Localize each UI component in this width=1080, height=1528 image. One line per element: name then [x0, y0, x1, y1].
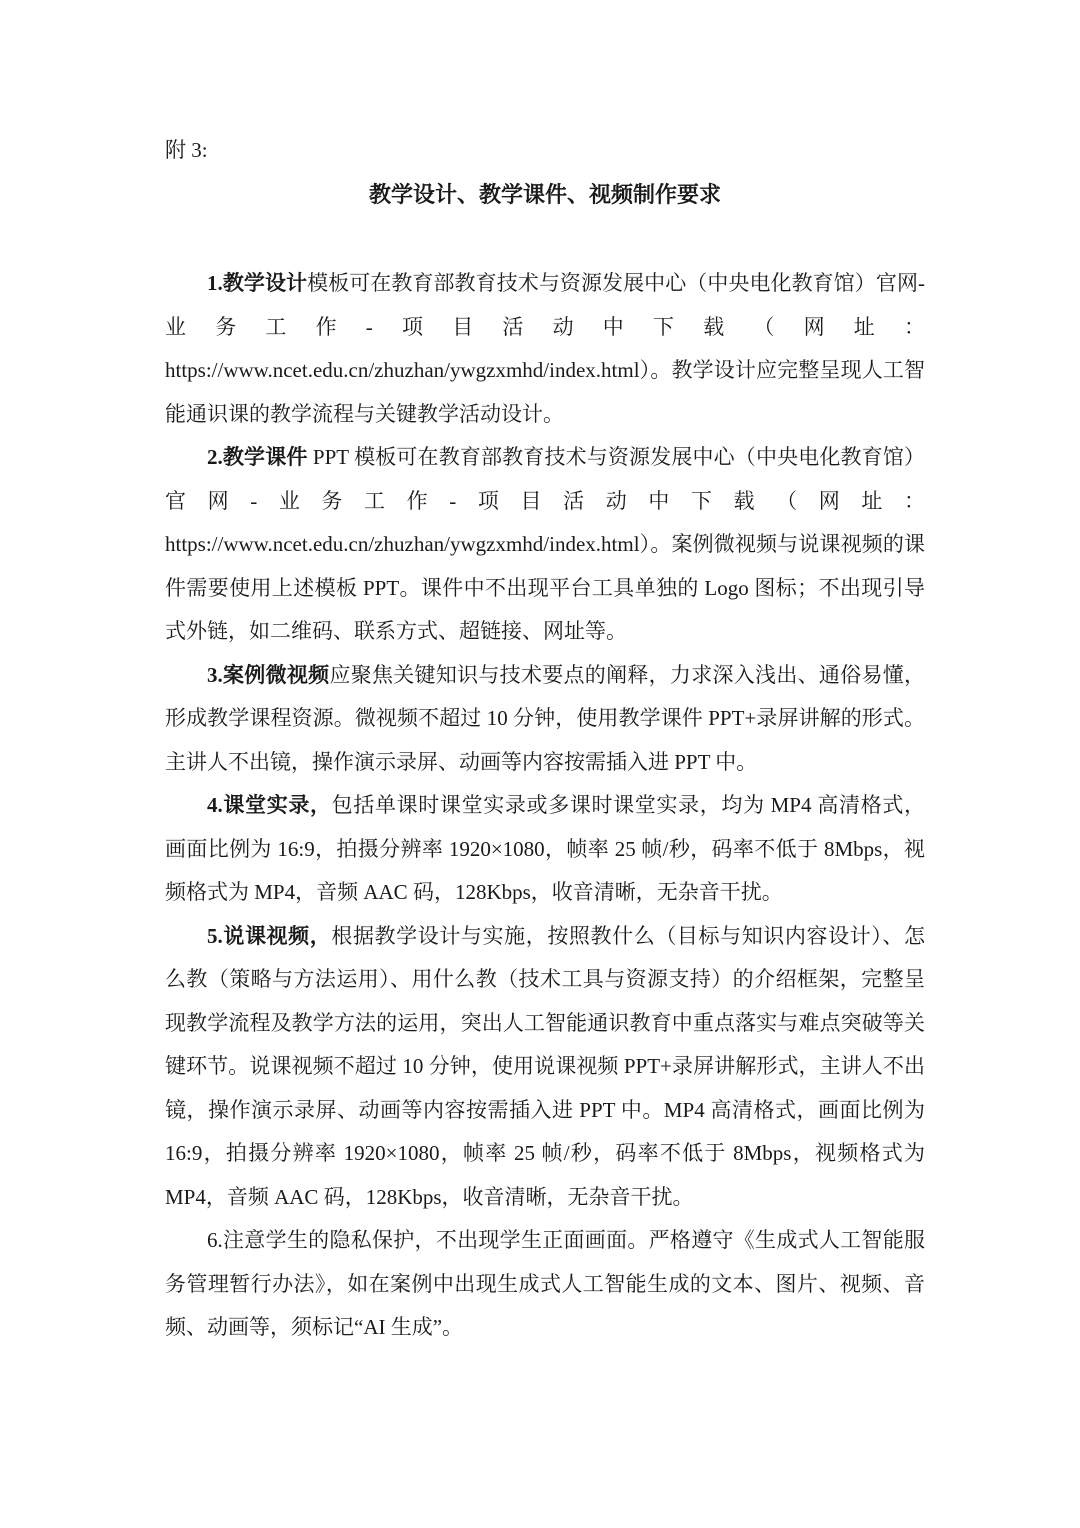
paragraph-text: 6.注意学生的隐私保护，不出现学生正面画面。严格遵守《生成式人工智能服务管理暂行… [165, 1228, 925, 1339]
paragraph-courseware-ppt: 2.教学课件 PPT 模板可在教育部教育技术与资源发展中心（中央电化教育馆）官网… [165, 436, 925, 654]
paragraph-teaching-design: 1.教学设计模板可在教育部教育技术与资源发展中心（中央电化教育馆）官网-业务工作… [165, 262, 925, 436]
document-page: 附 3: 教学设计、教学课件、视频制作要求 1.教学设计模板可在教育部教育技术与… [0, 0, 1080, 1528]
paragraph-lead: 4.课堂实录， [207, 793, 332, 817]
paragraph-classroom-recording: 4.课堂实录，包括单课时课堂实录或多课时课堂实录，均为 MP4 高清格式，画面比… [165, 784, 925, 915]
page-title: 教学设计、教学课件、视频制作要求 [165, 173, 925, 217]
attachment-label: 附 3: [165, 129, 925, 173]
paragraph-lead: 3.案例微视频 [207, 663, 329, 687]
paragraph-text: PPT 模板可在教育部教育技术与资源发展中心（中央电化教育馆）官网-业务工作-项… [165, 445, 925, 643]
paragraph-lead: 1.教学设计 [207, 271, 307, 295]
paragraph-lecture-video: 5.说课视频，根据教学设计与实施，按照教什么（目标与知识内容设计）、怎么教（策略… [165, 915, 925, 1220]
paragraph-text: 根据教学设计与实施，按照教什么（目标与知识内容设计）、怎么教（策略与方法运用）、… [165, 924, 925, 1209]
paragraph-case-micro-video: 3.案例微视频应聚焦关键知识与技术要点的阐释，力求深入浅出、通俗易懂，形成教学课… [165, 654, 925, 785]
paragraph-lead: 2.教学课件 [207, 445, 308, 469]
paragraph-privacy-ai-label: 6.注意学生的隐私保护，不出现学生正面画面。严格遵守《生成式人工智能服务管理暂行… [165, 1219, 925, 1350]
document-body: 1.教学设计模板可在教育部教育技术与资源发展中心（中央电化教育馆）官网-业务工作… [165, 262, 925, 1350]
paragraph-lead: 5.说课视频， [207, 924, 331, 948]
